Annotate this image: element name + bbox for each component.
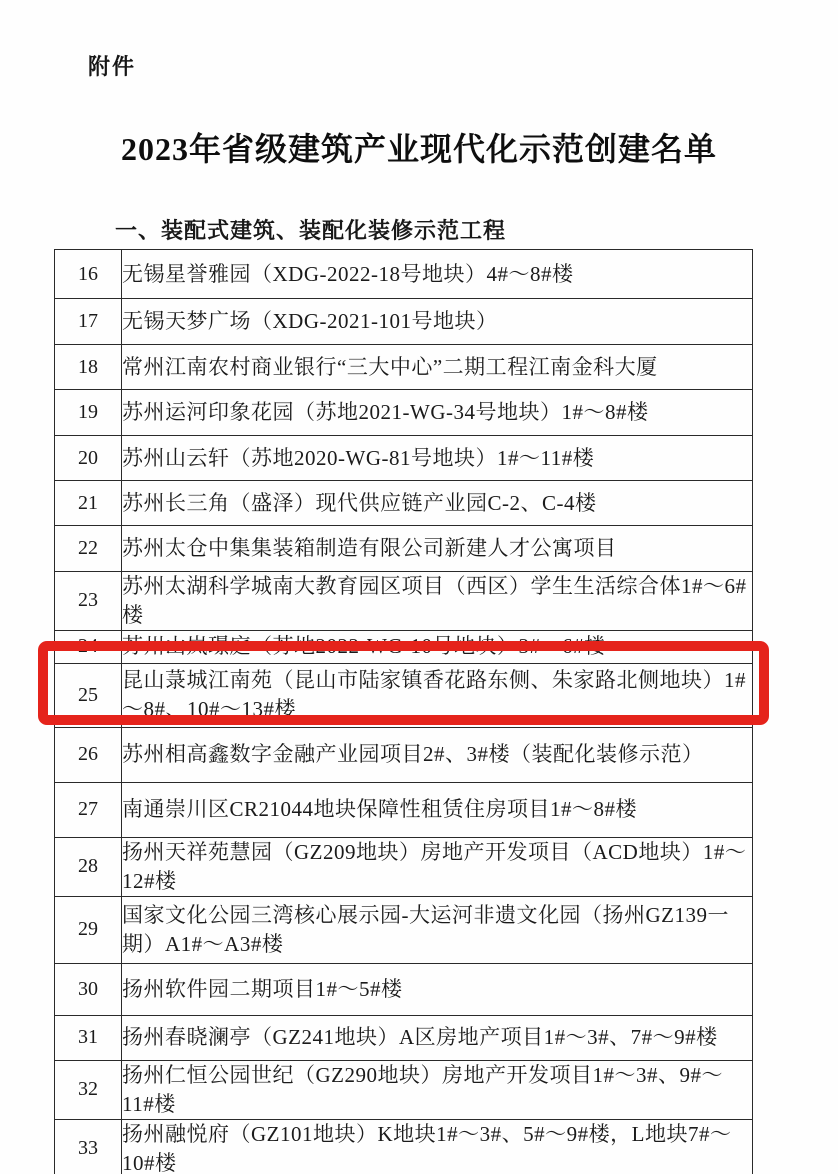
row-number: 19: [55, 390, 122, 436]
row-number: 26: [55, 727, 122, 782]
table-row: 33扬州融悦府（GZ101地块）K地块1#～3#、5#～9#楼，L地块7#～10…: [55, 1119, 753, 1174]
row-number: 17: [55, 299, 122, 345]
project-name: 扬州软件园二期项目1#～5#楼: [122, 963, 753, 1015]
table-row: 19苏州运河印象花园（苏地2021-WG-34号地块）1#～8#楼: [55, 390, 753, 436]
table-row: 32扬州仁恒公园世纪（GZ290地块）房地产开发项目1#～3#、9#～11#楼: [55, 1060, 753, 1119]
project-name: 昆山菉城江南苑（昆山市陆家镇香花路东侧、朱家路北侧地块）1#～8#、10#～13…: [122, 663, 753, 727]
table-row: 24苏州山岚璟庭（苏地2022-WG-10号地块）3#～6#楼: [55, 630, 753, 663]
project-name: 无锡星誉雅园（XDG-2022-18号地块）4#～8#楼: [122, 250, 753, 299]
project-name: 苏州太湖科学城南大教育园区项目（西区）学生生活综合体1#～6#楼: [122, 572, 753, 631]
row-number: 16: [55, 250, 122, 299]
project-name: 苏州相高鑫数字金融产业园项目2#、3#楼（装配化装修示范）: [122, 727, 753, 782]
row-number: 29: [55, 896, 122, 963]
document-title: 2023年省级建筑产业现代化示范创建名单: [0, 124, 838, 170]
row-number: 23: [55, 572, 122, 631]
table-row: 23苏州太湖科学城南大教育园区项目（西区）学生生活综合体1#～6#楼: [55, 572, 753, 631]
project-name: 苏州山岚璟庭（苏地2022-WG-10号地块）3#～6#楼: [122, 630, 753, 663]
project-name: 扬州仁恒公园世纪（GZ290地块）房地产开发项目1#～3#、9#～11#楼: [122, 1060, 753, 1119]
row-number: 18: [55, 345, 122, 390]
table-row-highlighted: 25昆山菉城江南苑（昆山市陆家镇香花路东侧、朱家路北侧地块）1#～8#、10#～…: [55, 663, 753, 727]
project-name: 苏州太仓中集集装箱制造有限公司新建人才公寓项目: [122, 526, 753, 572]
attachment-label: 附件: [88, 50, 136, 81]
table-row: 26苏州相高鑫数字金融产业园项目2#、3#楼（装配化装修示范）: [55, 727, 753, 782]
row-number: 20: [55, 436, 122, 481]
table-row: 29国家文化公园三湾核心展示园-大运河非遗文化园（扬州GZ139一期）A1#～A…: [55, 896, 753, 963]
row-number: 33: [55, 1119, 122, 1174]
row-number: 28: [55, 837, 122, 896]
project-name: 苏州长三角（盛泽）现代供应链产业园C-2、C-4楼: [122, 481, 753, 526]
table-row: 30扬州软件园二期项目1#～5#楼: [55, 963, 753, 1015]
table-row: 22苏州太仓中集集装箱制造有限公司新建人才公寓项目: [55, 526, 753, 572]
project-name: 苏州山云轩（苏地2020-WG-81号地块）1#～11#楼: [122, 436, 753, 481]
table-row: 21苏州长三角（盛泽）现代供应链产业园C-2、C-4楼: [55, 481, 753, 526]
project-name: 常州江南农村商业银行“三大中心”二期工程江南金科大厦: [122, 345, 753, 390]
row-number: 30: [55, 963, 122, 1015]
project-name: 扬州融悦府（GZ101地块）K地块1#～3#、5#～9#楼，L地块7#～10#楼: [122, 1119, 753, 1174]
row-number: 22: [55, 526, 122, 572]
row-number: 27: [55, 782, 122, 837]
document-page: 附件 2023年省级建筑产业现代化示范创建名单 一、装配式建筑、装配化装修示范工…: [0, 0, 838, 1174]
row-number: 31: [55, 1015, 122, 1060]
project-table-body: 16无锡星誉雅园（XDG-2022-18号地块）4#～8#楼17无锡天梦广场（X…: [55, 250, 753, 1174]
row-number: 21: [55, 481, 122, 526]
table-row: 31扬州春晓澜亭（GZ241地块）A区房地产项目1#～3#、7#～9#楼: [55, 1015, 753, 1060]
row-number: 32: [55, 1060, 122, 1119]
table-row: 20苏州山云轩（苏地2020-WG-81号地块）1#～11#楼: [55, 436, 753, 481]
row-number: 25: [55, 663, 122, 727]
project-name: 南通崇川区CR21044地块保障性租赁住房项目1#～8#楼: [122, 782, 753, 837]
table-row: 28扬州天祥苑慧园（GZ209地块）房地产开发项目（ACD地块）1#～12#楼: [55, 837, 753, 896]
project-name: 国家文化公园三湾核心展示园-大运河非遗文化园（扬州GZ139一期）A1#～A3#…: [122, 896, 753, 963]
project-table: 16无锡星誉雅园（XDG-2022-18号地块）4#～8#楼17无锡天梦广场（X…: [54, 249, 753, 1174]
row-number: 24: [55, 630, 122, 663]
project-name: 扬州天祥苑慧园（GZ209地块）房地产开发项目（ACD地块）1#～12#楼: [122, 837, 753, 896]
project-name: 无锡天梦广场（XDG-2021-101号地块）: [122, 299, 753, 345]
project-name: 扬州春晓澜亭（GZ241地块）A区房地产项目1#～3#、7#～9#楼: [122, 1015, 753, 1060]
table-row: 27南通崇川区CR21044地块保障性租赁住房项目1#～8#楼: [55, 782, 753, 837]
section-heading: 一、装配式建筑、装配化装修示范工程: [115, 214, 506, 245]
table-row: 17无锡天梦广场（XDG-2021-101号地块）: [55, 299, 753, 345]
project-name: 苏州运河印象花园（苏地2021-WG-34号地块）1#～8#楼: [122, 390, 753, 436]
table-row: 18常州江南农村商业银行“三大中心”二期工程江南金科大厦: [55, 345, 753, 390]
table-row: 16无锡星誉雅园（XDG-2022-18号地块）4#～8#楼: [55, 250, 753, 299]
